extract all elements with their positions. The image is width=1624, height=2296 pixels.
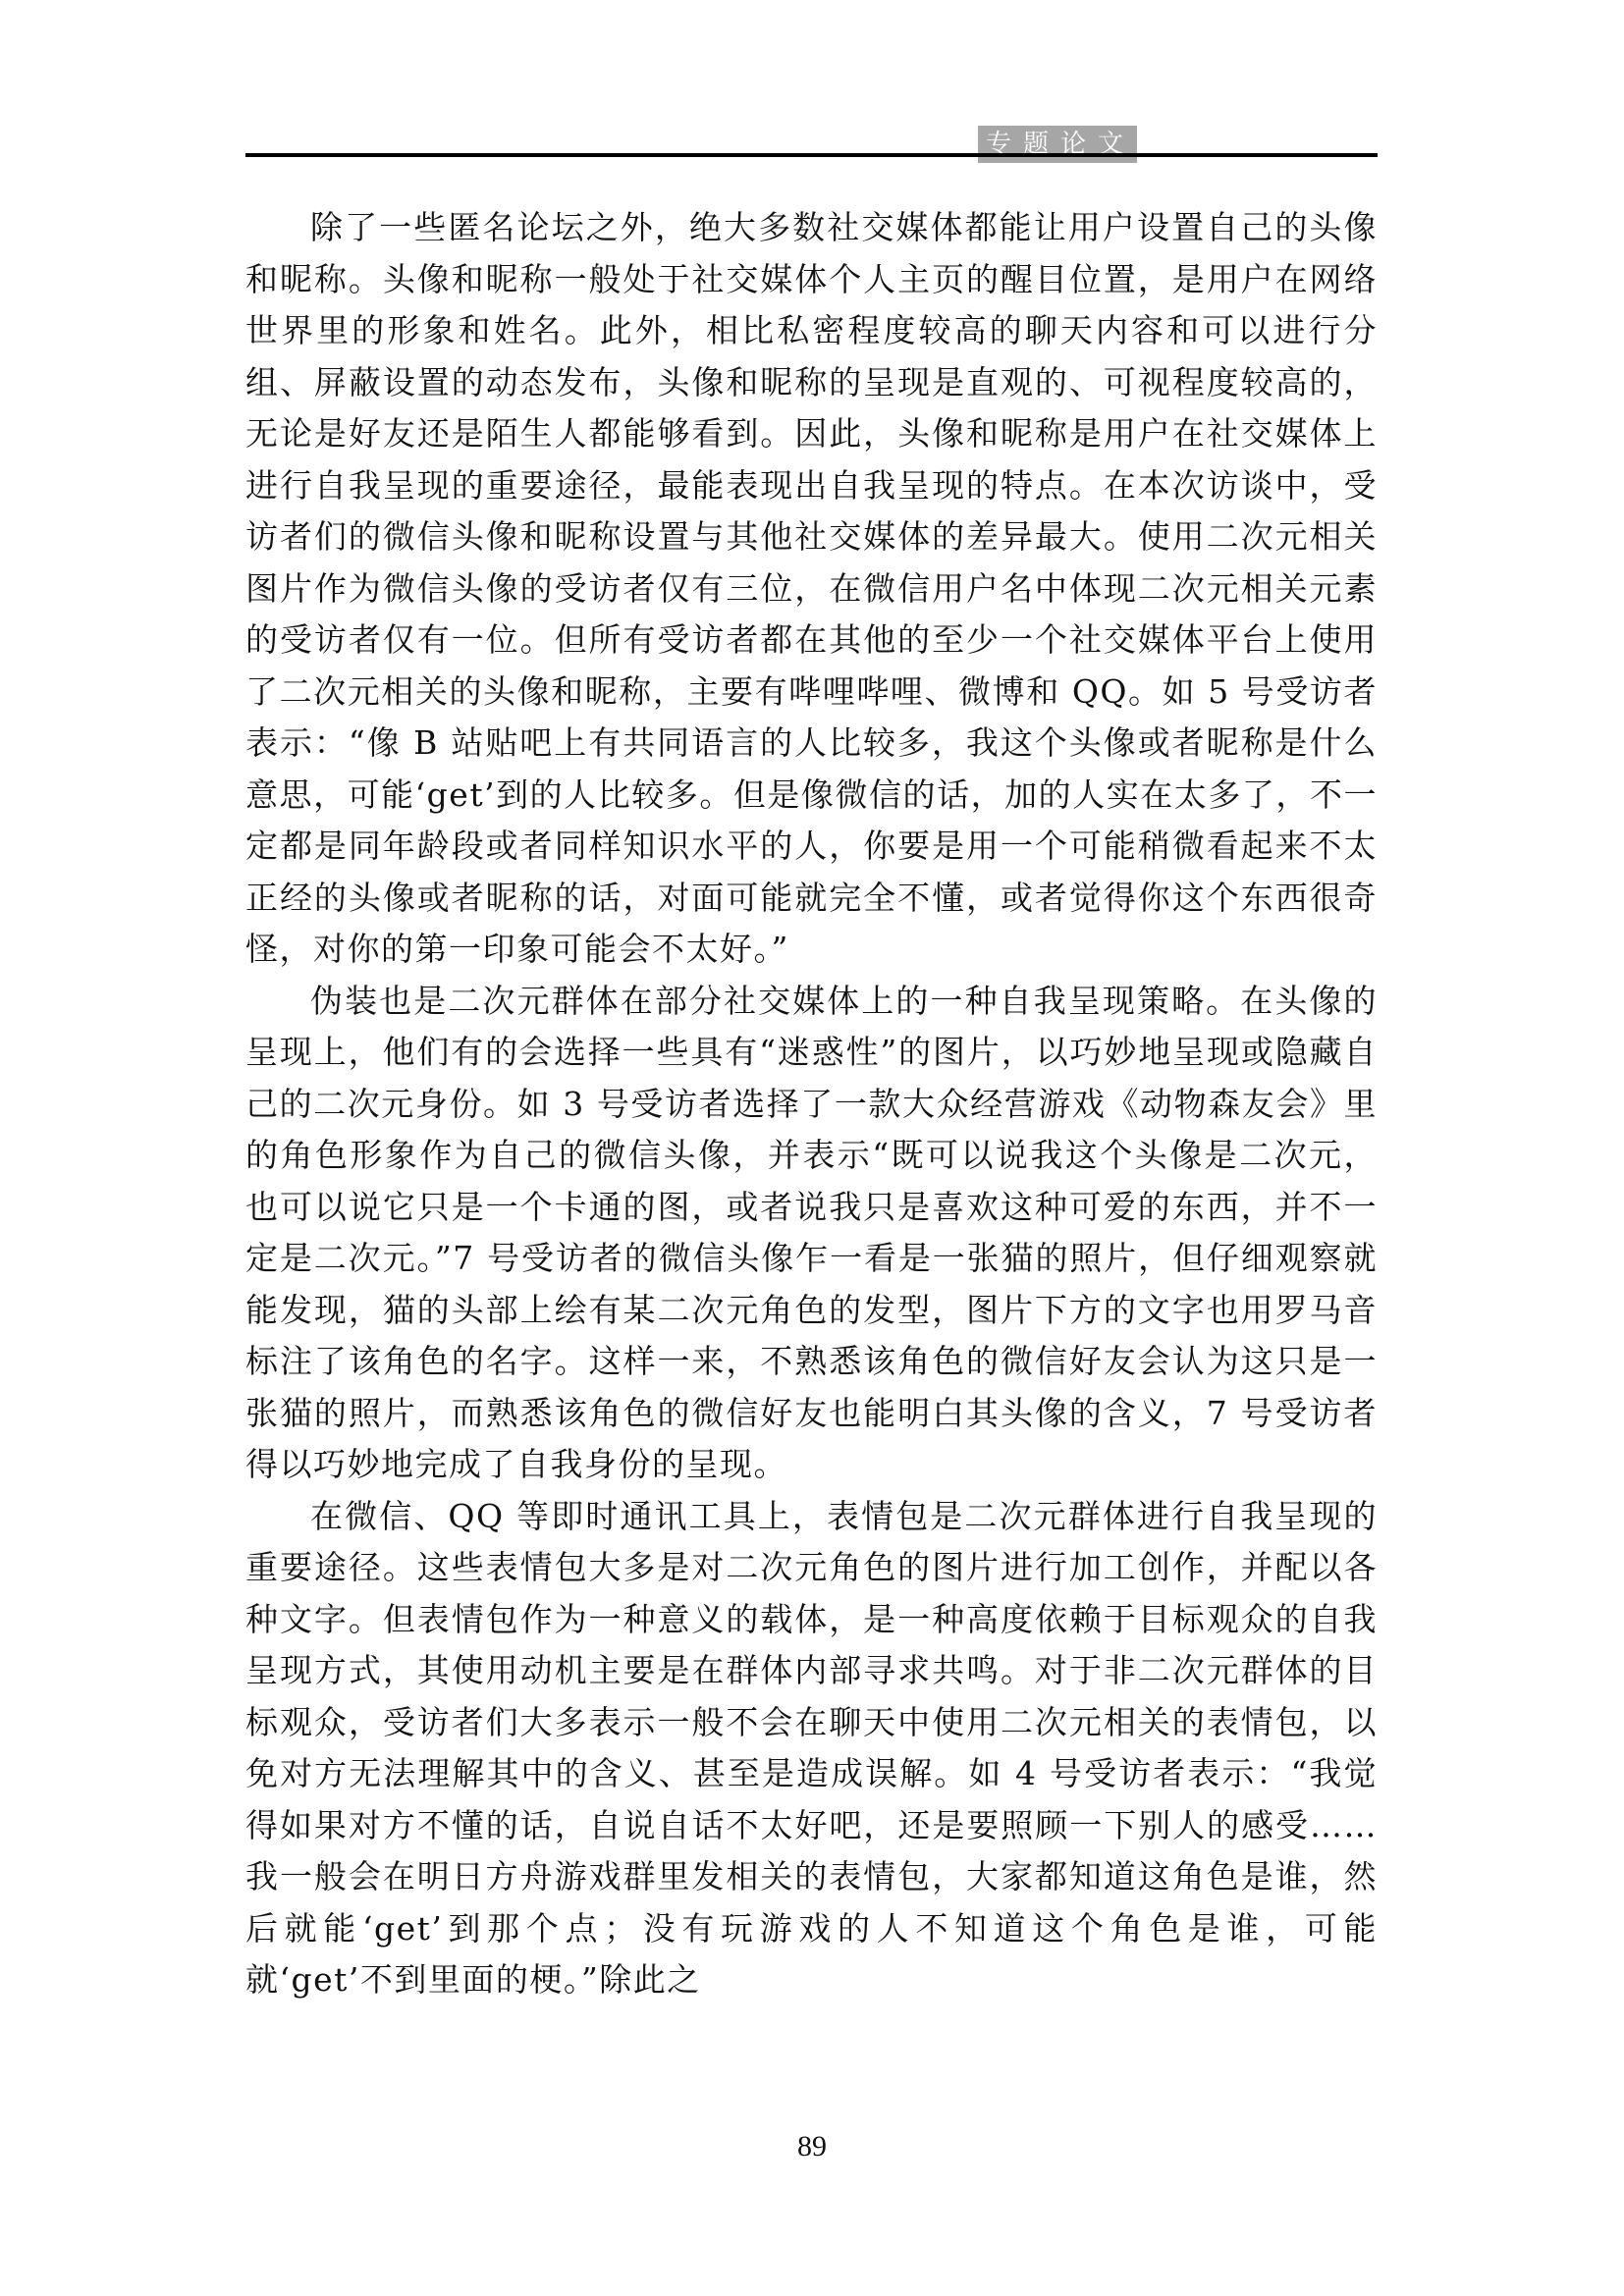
paragraph-disguise-strategy: 伪装也是二次元群体在部分社交媒体上的一种自我呈现策略。在头像的呈现上，他们有的会… (245, 976, 1378, 1491)
running-header: 专题论文 (245, 108, 1378, 159)
paragraph-avatar-nickname: 除了一些匿名论坛之外，绝大多数社交媒体都能让用户设置自己的头像和昵称。头像和昵称… (245, 202, 1378, 976)
paragraph-sticker-packs: 在微信、QQ 等即时通讯工具上，表情包是二次元群体进行自我呈现的重要途径。这些表… (245, 1491, 1378, 2006)
page-number: 89 (0, 2130, 1624, 2163)
body-text: 除了一些匿名论坛之外，绝大多数社交媒体都能让用户设置自己的头像和昵称。头像和昵称… (245, 202, 1378, 2006)
header-rule (245, 153, 1378, 157)
section-label: 专题论文 (978, 126, 1137, 163)
